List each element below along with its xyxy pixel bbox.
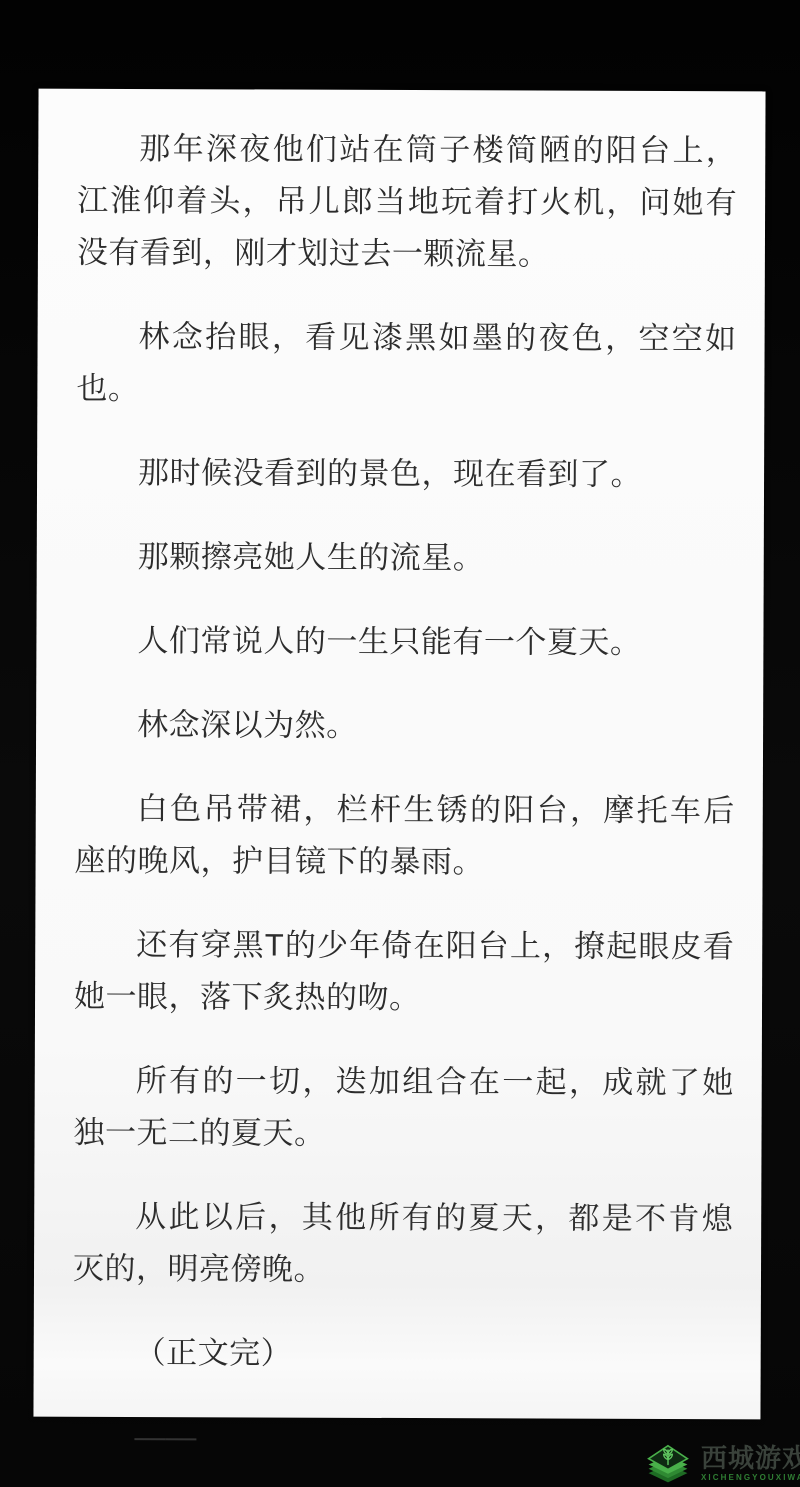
paragraph-1: 那年深夜他们站在筒子楼简陋的阳台上，江淮仰着头，吊儿郎当地玩着打火机，问她有没有… [77, 123, 738, 282]
paragraph-7: 白色吊带裙，栏杆生锈的阳台，摩托车后座的晚风，护目镜下的暴雨。 [74, 783, 734, 890]
paragraph-divider-dash: —— [72, 1411, 732, 1466]
paragraph-8: 还有穿黑T的少年倚在阳台上，撩起眼皮看她一眼，落下炙热的吻。 [74, 919, 734, 1026]
paragraph-3: 那时候没看到的景色，现在看到了。 [76, 447, 736, 502]
site-logo-title: 西城游戏网 [701, 1445, 800, 1471]
paragraph-2: 林念抬眼，看见漆黑如墨的夜色，空空如也。 [76, 311, 736, 418]
paragraph-4: 那颗擦亮她人生的流星。 [76, 531, 736, 586]
paragraph-6: 林念深以为然。 [75, 699, 735, 754]
site-logo-watermark: 西城游戏网 XICHENGYOUXIWANG [645, 1441, 800, 1485]
stacked-layers-wheat-icon [645, 1441, 691, 1485]
paragraph-10: 从此以后，其他所有的夏天，都是不肯熄灭的，明亮傍晚。 [73, 1191, 733, 1298]
photo-background: 那年深夜他们站在筒子楼简陋的阳台上，江淮仰着头，吊儿郎当地玩着打火机，问她有没有… [0, 0, 800, 1487]
site-logo-subtitle: XICHENGYOUXIWANG [701, 1474, 800, 1482]
paragraph-9: 所有的一切，迭加组合在一起，成就了她独一无二的夏天。 [73, 1055, 733, 1162]
novel-page: 那年深夜他们站在筒子楼简陋的阳台上，江淮仰着头，吊儿郎当地玩着打火机，问她有没有… [33, 89, 765, 1420]
paragraph-end-note: （正文完） [73, 1327, 733, 1382]
paragraph-5: 人们常说人的一生只能有一个夏天。 [75, 615, 735, 670]
